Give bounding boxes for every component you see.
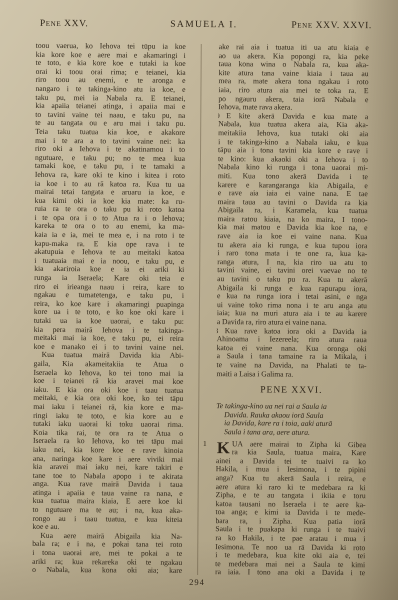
text-line-content: maiti a Laisa i Galima ra. xyxy=(216,370,293,379)
chapter-summary: Te takinga-kino ua nei rai a Saula iaDav… xyxy=(216,402,366,437)
text-line-content: meitakiia Iehova, kua tutaki oki aia xyxy=(218,129,368,138)
text-line-content: mai iaku i teianei rā, kia kore e ma- xyxy=(33,403,183,412)
text-line-content: tamaki koe, e taku pu, i te tamaki a xyxy=(35,162,185,171)
text-line-content: i raro tona mata i te one ra, kua ka- xyxy=(217,249,367,258)
text-line-content: tutaki iaku uaorai ki toku uaorai rima. xyxy=(33,420,183,429)
text-line-content: iaku nei, kia kore koe e rave kinoia xyxy=(33,446,183,455)
text-line-content: ngutuare, e taku pu; no te mea kua xyxy=(35,154,185,163)
text-line-content: a Saula i tana tamaine ra ia Mikala, i xyxy=(217,352,367,361)
text-line-content: i te opa ora i o to Atua ra i o Iehova; xyxy=(35,214,185,223)
text-line: maiti a Laisa i Galima ra. xyxy=(216,370,366,380)
text-line-content: akatupuia e Iehova te au meitaki katoa xyxy=(34,248,184,257)
text-line-content: E kite akerā Davida e kua mate a xyxy=(226,112,368,121)
text-line-content: kua kimi oki ia koe kia mate: ka ru- xyxy=(35,197,185,206)
text-line-content: Saula i tana ara, aere atura. xyxy=(224,428,310,437)
text-line-content: kia apaiia teianei atinga, i apaiia mai … xyxy=(35,102,185,111)
text-line-content: te kino: kua akaoki oki a Iehova i to xyxy=(218,155,368,164)
header-chapter-left: Pene XXV. xyxy=(40,19,88,29)
text-line-content: ariki ra; kua rekareka oki te ngakau xyxy=(32,557,182,566)
text-line-content: to tavini vaine tei naau, e taku pu, na xyxy=(35,111,185,120)
text-line-content: kia mai matou e Davida kia koe na, e xyxy=(217,224,367,233)
text-line-content: riro oki a Iehova i te akatinamou i to xyxy=(35,145,185,154)
book-page: Pene XXV. SAMUELA I. Pene XXV. XXVI. too… xyxy=(0,0,398,600)
text-line-content: ainei a Davida tei te tuaivi ra ko xyxy=(216,457,366,466)
text-line-content: toa anga; e kimi ia Davida i te mede- xyxy=(215,508,365,517)
text-line-content: i tona uaorai are, mei te pokai a te xyxy=(32,549,182,558)
text-line-content: tane toe to Nabala apopo i te akirata xyxy=(33,472,183,481)
text-line-content: runga ia Iseraela; Kare oki teia e xyxy=(34,274,184,283)
text-line-content: Abigaila ra, i Karamela, kua tuatua xyxy=(218,206,368,215)
text-line-content: Hakila, i mua i Iesimona, i te pipini xyxy=(216,465,366,474)
text-line-content: po ngauru akera, taia iorā Nabala e xyxy=(218,95,368,104)
text-line-content: mairai tetai tangata e aruaru ia koe, e xyxy=(35,188,185,197)
text-line-content: bala ra; e i na, e pokai tana tei roto xyxy=(32,540,182,549)
text-line-content: kite atura tana vaine kiaia i taua au xyxy=(219,69,369,78)
text-line-content: ia koe i to au rā katoa ra. Kua tu ua xyxy=(35,179,185,188)
text-line-content: kareka te ora o to au enemi, ka ma- xyxy=(34,222,184,231)
running-header: Pene XXV. SAMUELA I. Pene XXV. XXVI. xyxy=(36,19,372,33)
text-line-content: Iehova ra, kare oki te kino i kitea i ro… xyxy=(35,171,185,180)
text-line-content: kaia ia e ia, mei te mea e, i na roto i … xyxy=(34,231,184,240)
text-line-content: Koia tika rai, te ora ra te Atua o xyxy=(33,429,183,438)
text-line-content: Nabala kino ki runga i tona uaorai mi- xyxy=(218,163,368,172)
text-line-content: kia pera mairā Iehova i te takinga- xyxy=(34,325,184,334)
text-line-content: ia Davida, kare ra i toia, aaki aturā xyxy=(224,419,332,428)
chapter-26-text: ainei a Davida tei te tuaivi ra koHakila… xyxy=(215,457,366,578)
text-line-content: aere atura ki raro ki te medebara ra ki xyxy=(216,483,366,492)
text-line-content: tavini vaine, ei tavini orei vaevae no t… xyxy=(217,267,367,276)
header-book-title: SAMUELA I. xyxy=(170,20,237,30)
text-line-content: riro ei irieanga naau i reira, kare to xyxy=(34,282,184,291)
text-line-content: maira taua au tavini o Davida ra kia xyxy=(218,198,368,207)
text-line-content: ake rai aia i tuatua iti ua atu kiaia e xyxy=(219,43,369,52)
text-line-content: i tuatuaia mai e ia noou, e taku pu, e xyxy=(34,257,184,266)
text-line-content: Kua rave katoa iora oki a Davida ia xyxy=(225,327,367,336)
text-line-content: rave aia ia koe ei vaine nana. Kua xyxy=(217,232,367,241)
text-line-content: UA aere mairai to Zipha ki Gibea xyxy=(232,440,366,449)
text-line-content: Iehova, mate rava akera. xyxy=(218,103,292,112)
text-line-content: e kua na runga iora i tetai asini, e nga xyxy=(217,292,367,301)
text-line-content: tu akera aia ki runga, e kua tupou iora xyxy=(217,241,367,250)
text-line-content: i te takinga-kino a Nabala iaku, e kua xyxy=(218,138,368,147)
text-line-content: toou vaerua, ko Iehova tei tūpu ia koe xyxy=(36,42,186,51)
chapter-heading: PENE XXVI. xyxy=(216,385,366,397)
text-line-content: Saula i te puakapa ki runga i te tuaivi xyxy=(215,526,365,535)
text-line-content: koe i teianei rā kia aravei mai koe xyxy=(33,377,183,386)
text-line-content: karere e karangaranga kia Abigaila, e xyxy=(218,181,368,190)
text-line-content: bara ra, i Zipha. Kua patia iorā xyxy=(215,517,365,526)
text-line-content: Kua aere mairā Abigaila kia Na- xyxy=(40,532,182,541)
text-line-content: ranga atura, I na, kia riro ua atu to xyxy=(217,258,367,267)
text-line-content: tāpu aia i tona tavini kia kore e rave i xyxy=(218,146,368,155)
text-line-content: kore ua i te toto, e ko koe oki kare i xyxy=(34,308,184,317)
verse-number: 1 xyxy=(203,440,207,449)
text-line-content: mai i te ara a to tavini vaine nei: ka xyxy=(35,136,185,145)
text-line-content: anga. Kua rave mairā Davida i taua xyxy=(33,480,183,489)
text-line-content: a Davida ra, riro atura ei vaine nana. xyxy=(217,318,327,327)
text-line-content: koe e au. xyxy=(32,523,59,531)
text-line-content: te vaine na Davida, na Phalati te ta- xyxy=(217,361,367,370)
text-line-content: kia aravei mai iaku nei, kare takiri e xyxy=(33,463,183,472)
dropcap-lines: UA aere mairai to Zipha ki Gibeara kia S… xyxy=(216,440,366,458)
text-line-content: i te medebara, kua kite oki aia e, tei xyxy=(215,551,365,560)
text-line-content: Iseraela ra ko Iehova, ko tei tāpu mai xyxy=(33,437,183,446)
text-line: o Nabala, kua kona oki aia; kare xyxy=(32,566,182,576)
text-line-content: gaila, Kia akameitakiia te Atua o xyxy=(34,360,184,369)
text-line-content: o Nabala, kua kona oki aia; kare xyxy=(32,566,182,575)
text-line-content: ra ko Hakila, i te pae aratau i mua i xyxy=(215,534,365,543)
text-line-content: maira ratou kiaia, na ko maira, I tono- xyxy=(218,215,368,224)
text-line-content: kia kore koe e aere mai e akamaringi i xyxy=(36,50,186,59)
text-line-content: atinga i apaiia e taua vaine ra nana, e xyxy=(33,489,183,498)
verse-number: 43 xyxy=(217,327,218,336)
text-line-content: Teia taku tuatua kia koe, e akakore xyxy=(35,128,185,137)
text-line-content: ao ua akera. Kia popongi ra, kia peke xyxy=(219,52,369,61)
text-line-content: kapu-maka ra. E kia ope rava i te xyxy=(34,240,184,249)
text-line-content: au tavini o taku pu ra. Kua tu akerā xyxy=(217,275,367,284)
text-line-content: orai ki toou orai rima; e teianei, kia xyxy=(36,68,186,77)
text-line-content: ngakau e tumatetenga, e taku pu, i xyxy=(34,291,184,300)
text-line-content: riro toou au enemi, e te aronga e xyxy=(36,76,186,85)
chapter-25-continuation: ake rai aia i tuatua iti ua atu kiaia ea… xyxy=(216,43,368,379)
text-line-content: Iesimona. Te noo ua rā Davida ki roto xyxy=(215,543,365,552)
text-line-content: meitaki mai ia koe, e taku pu, ei reira xyxy=(34,334,184,343)
text-line-content: to ngutuare ma te au; i na, kua aka- xyxy=(33,506,183,515)
right-column: ake rai aia i tuatua iti ua atu kiaia ea… xyxy=(215,43,369,578)
text-line-content: taku pu, mei ia Nabala ra. E teianei, xyxy=(35,93,185,102)
text-line-content: nangaro i te takinga-kino atu ia koe, e xyxy=(35,85,185,94)
text-line-content: iaia; kua na muri atura aia i te au kare… xyxy=(217,310,367,319)
text-line-content: reira, ko koe kare i akamaringi puapinga xyxy=(34,300,184,309)
dropcap-paragraph: 1 K UA aere mairai to Zipha ki Gibeara k… xyxy=(216,440,366,458)
text-line-content: Davida. Rauka akaou iorā Saula xyxy=(224,411,323,420)
text-line-content: te medebara mai nei a Saula te kimi xyxy=(215,560,365,569)
text-line-content: Kua tuatua mairā Davida kia Abi- xyxy=(42,351,184,360)
text-line-content: Abigaila ki runga e kua rapurapu iora, xyxy=(217,284,367,293)
text-line-content: kua tuatua maira kiaia, E aere koe ki xyxy=(33,497,183,506)
text-line-content: ana, naringa koe kare i aere viviki mai xyxy=(33,454,183,463)
text-line: Saula i tana ara, aere atura. xyxy=(216,428,366,438)
text-line-content: anga? Kua tu akerā Saula i reira, e xyxy=(216,474,366,483)
text-line-content: mea ra, mate akera tona ngakau i roto xyxy=(218,78,368,87)
text-line-content: Ahinoama i Iezereela; riro atura raua xyxy=(217,335,367,344)
column-divider-rule xyxy=(197,44,202,575)
text-line-content: rongo au i taau tuatua, e kua kiteia xyxy=(32,514,182,523)
verse-number: 39 xyxy=(218,112,219,121)
text-line-content: Te takinga-kino ua nei rai a Saula ia xyxy=(216,402,327,411)
text-line-content: kia akariroia koe e ia ei ariki ki xyxy=(34,265,184,274)
text-line-content: koe e manako ei i to tavini vaine nei. xyxy=(34,343,184,352)
text-line-content: iaku. E kia ora oki koe i taau tuatua xyxy=(33,386,183,395)
left-column-text: toou vaerua, ko Iehova tei tūpu ia koeki… xyxy=(32,42,186,576)
text-line-content: katoa ei vaine nana. Kua oronga oki xyxy=(217,344,367,353)
text-line-content: Iseraela ko Iehova, ko tei tono mai ia xyxy=(33,368,183,377)
text-line-content: te toto, e kia kore koe e tutaki ia koe xyxy=(36,59,186,68)
text-line-content: Zipha, e te au tangata i ikiia e toru xyxy=(216,491,366,500)
text-line-content: ui vaine toko rima nona i te aru anga at… xyxy=(217,301,367,310)
text-line-content: iaia, riro atura aia mei te toka ra. E xyxy=(218,86,368,95)
text-line-content: te au tangata ou e aru mai i taku pu. xyxy=(35,119,185,128)
left-column: toou vaerua, ko Iehova tei tūpu ia koeki… xyxy=(32,42,186,576)
text-line-content: tutaki ua ia koe uaorai, e taku pu: xyxy=(34,317,184,326)
text-line-content: miti. Kua tono akerā Davida i te xyxy=(218,172,368,181)
text-line-content: katoa tausani no Iseraela i te aere ka- xyxy=(216,500,366,509)
text-line-content: ra kia Saula, tuatua maira, Kare xyxy=(232,448,366,457)
text-line-content: taua kona wina o Nabala ra, kua aka- xyxy=(219,60,369,69)
text-line-content: meitaki, e kia ora oki koe, ko tei tāpu xyxy=(33,394,183,403)
header-chapter-right: Pene XXV. XXVI. xyxy=(291,21,372,32)
text-line-content: ruia ra te ora o taku pu ki roto katoa xyxy=(35,205,185,214)
text-line-content: e rave aia iaia ei vaine nana. E tae xyxy=(218,189,368,198)
text-line-content: ringi iaku te toto, e kia kore au e xyxy=(33,411,183,420)
text-line-content: ra iaia. I tono ana oki a Davida i te xyxy=(215,569,365,578)
text-line-content: Nabala, kua tuatua akera aia, Kia aka- xyxy=(218,120,368,129)
page-number: 294 xyxy=(0,576,396,589)
